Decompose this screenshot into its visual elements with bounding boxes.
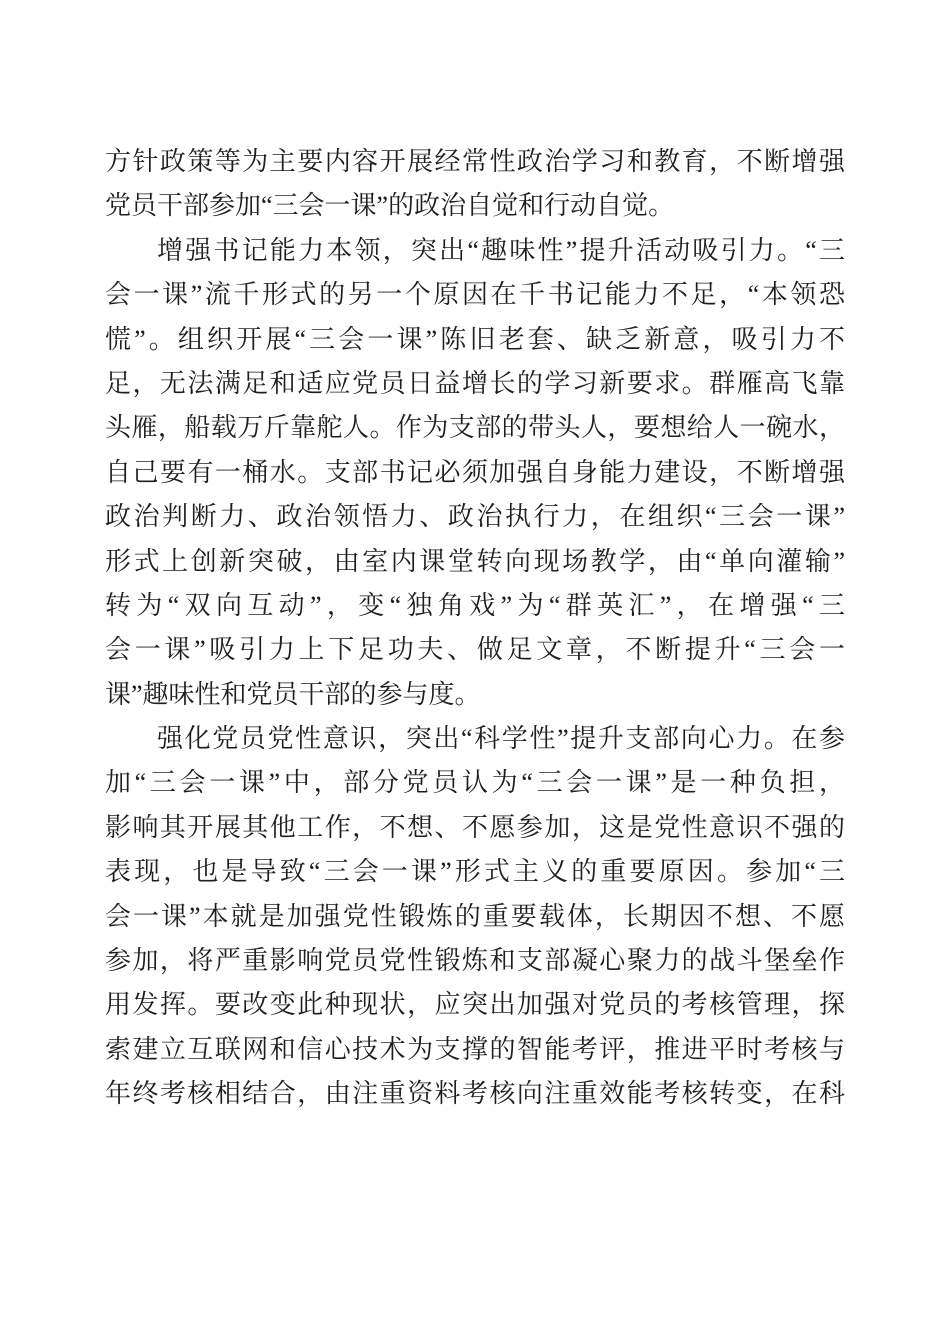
text-line: 头雁，船载万斤靠舵人。作为支部的带头人，要想给人一碗水， xyxy=(105,406,845,450)
text-line: 用发挥。要改变此种现状，应突出加强对党员的考核管理，探 xyxy=(105,983,845,1027)
text-line: 课”趣味性和党员干部的参与度。 xyxy=(105,673,845,717)
text-line: 会一课”吸引力上下足功夫、做足文章，不断提升“三会一 xyxy=(105,628,845,672)
text-line: 慌”。组织开展“三会一课”陈旧老套、缺乏新意，吸引力不 xyxy=(105,318,845,362)
text-line: 形式上创新突破，由室内课堂转向现场教学，由“单向灌输” xyxy=(105,540,845,584)
text-line: 转为“双向互动”，变“独角戏”为“群英汇”，在增强“三 xyxy=(105,584,845,628)
text-line: 会一课”流千形式的另一个原因在千书记能力不足，“本领恐 xyxy=(105,273,845,317)
text-line: 强化党员党性意识，突出“科学性”提升支部向心力。在参 xyxy=(105,717,845,761)
text-line: 影响其开展其他工作，不想、不愿参加，这是党性意识不强的 xyxy=(105,806,845,850)
text-line: 党员干部参加“三会一课”的政治自觉和行动自觉。 xyxy=(105,184,845,228)
text-line: 足，无法满足和适应党员日益增长的学习新要求。群雁高飞靠 xyxy=(105,362,845,406)
text-line: 会一课”本就是加强党性锻炼的重要载体，长期因不想、不愿 xyxy=(105,895,845,939)
text-line: 参加，将严重影响党员党性锻炼和支部凝心聚力的战斗堡垒作 xyxy=(105,939,845,983)
text-line: 年终考核相结合，由注重资料考核向注重效能考核转变，在科 xyxy=(105,1072,845,1116)
text-line: 方针政策等为主要内容开展经常性政治学习和教育，不断增强 xyxy=(105,140,845,184)
text-line: 索建立互联网和信心技术为支撑的智能考评，推进平时考核与 xyxy=(105,1028,845,1072)
document-page: 方针政策等为主要内容开展经常性政治学习和教育，不断增强党员干部参加“三会一课”的… xyxy=(0,0,950,1344)
text-line: 表现，也是导致“三会一课”形式主义的重要原因。参加“三 xyxy=(105,850,845,894)
text-line: 加“三会一课”中，部分党员认为“三会一课”是一种负担， xyxy=(105,761,845,805)
text-line: 政治判断力、政治领悟力、政治执行力，在组织“三会一课” xyxy=(105,495,845,539)
text-content: 方针政策等为主要内容开展经常性政治学习和教育，不断增强党员干部参加“三会一课”的… xyxy=(105,140,845,1117)
text-line: 自己要有一桶水。支部书记必须加强自身能力建设，不断增强 xyxy=(105,451,845,495)
text-line: 增强书记能力本领，突出“趣味性”提升活动吸引力。“三 xyxy=(105,229,845,273)
